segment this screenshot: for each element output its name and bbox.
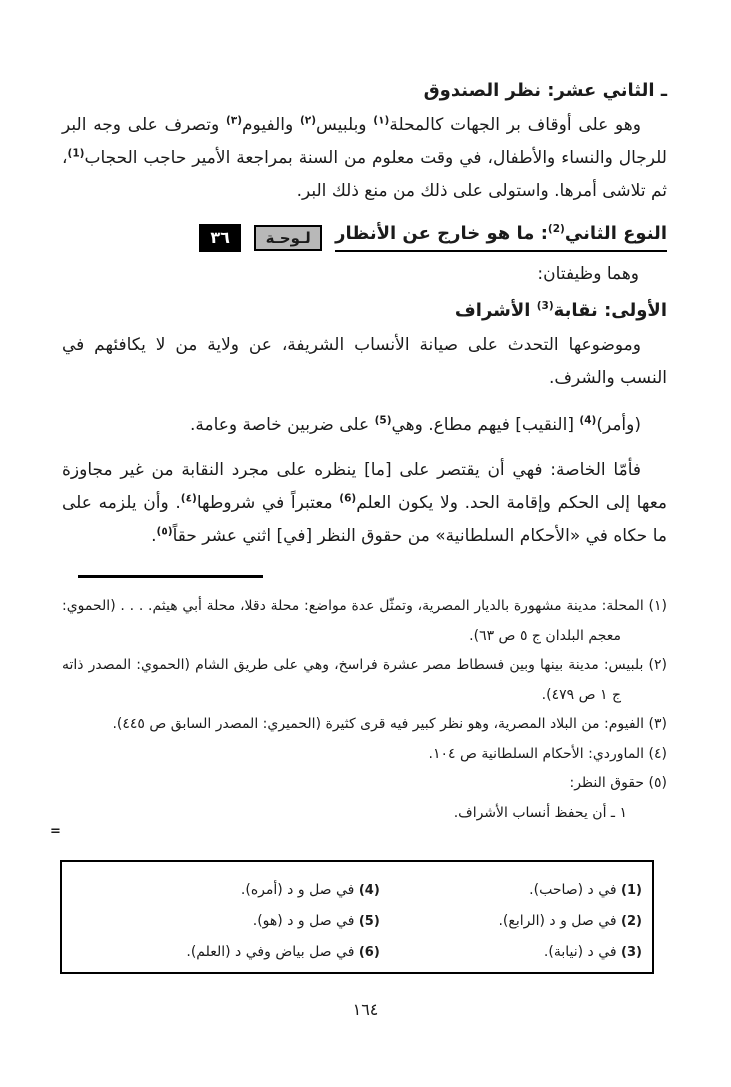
plate-number-box: ٣٦ bbox=[199, 224, 241, 252]
variant-text: في صل و د (هو). bbox=[253, 913, 355, 929]
variant-text: في د (صاحب). bbox=[529, 882, 616, 898]
footnote-subitem: ١ ـ أن يحفظ أنساب الأشراف. bbox=[62, 799, 667, 829]
type2-heading-row: النوع الثاني(2): ما هو خارج عن الأنظار ل… bbox=[62, 223, 667, 252]
variant-entry: (3) في د (نيابة). bbox=[380, 937, 642, 968]
plate-label-box: لـوحـة bbox=[254, 225, 322, 251]
variants-box: (1) في د (صاحب). (2) في صل و د (الرابع).… bbox=[60, 860, 654, 974]
variant-text: في صل و د (أمره). bbox=[241, 882, 354, 898]
variants-column-left: (4) في صل و د (أمره). (5) في صل و د (هو)… bbox=[72, 875, 380, 972]
footnote-text: بلبيس: مدينة بينها وبين فسطاط مصر عشرة ف… bbox=[62, 657, 643, 703]
page-number: ١٦٤ bbox=[0, 1000, 731, 1019]
body-paragraph-5: فأمّا الخاصة: فهي أن يقتصر على [ما] ينظر… bbox=[62, 454, 667, 553]
footnote-marker: (٤) bbox=[649, 746, 667, 762]
variant-text: في د (نيابة). bbox=[544, 944, 617, 960]
section-heading: ـ الثاني عشر: نظر الصندوق bbox=[62, 80, 667, 101]
variant-entry: (5) في صل و د (هو). bbox=[72, 906, 380, 937]
footnote: (٣) الفيوم: من البلاد المصرية، وهو نظر ك… bbox=[62, 710, 667, 740]
footnotes: (١) المحلة: مدينة مشهورة بالديار المصرية… bbox=[62, 592, 667, 828]
variant-marker: (4) bbox=[359, 883, 380, 898]
variant-marker: (2) bbox=[621, 914, 642, 929]
footnote-marker: (١) bbox=[649, 598, 667, 614]
variant-entry: (1) في د (صاحب). bbox=[380, 875, 642, 906]
footnote-text: الفيوم: من البلاد المصرية، وهو نظر كبير … bbox=[112, 716, 644, 732]
variant-entry: (4) في صل و د (أمره). bbox=[72, 875, 380, 906]
footnote-text: الماوردي: الأحكام السلطانية ص ١٠٤. bbox=[429, 746, 645, 762]
book-page: ـ الثاني عشر: نظر الصندوق وهو على أوقاف … bbox=[0, 0, 731, 1087]
first-duty-heading: الأولى: نقابة(3) الأشراف bbox=[62, 300, 667, 321]
body-paragraph-4: (وأمر)(4) [النقيب] فيهم مطاع. وهي(5) على… bbox=[62, 409, 667, 442]
body-paragraph-2: وهما وظيفتان: bbox=[62, 264, 667, 284]
footnote-marker: (٣) bbox=[649, 716, 667, 732]
footnote-text: حقوق النظر: bbox=[569, 775, 644, 791]
variant-entry: (6) في صل بياض وفي د (العلم). bbox=[72, 937, 380, 968]
variants-column-right: (1) في د (صاحب). (2) في صل و د (الرابع).… bbox=[380, 875, 642, 972]
body-paragraph-1: وهو على أوقاف بر الجهات كالمحلة(١) وبلبي… bbox=[62, 109, 667, 208]
continuation-mark: = bbox=[50, 824, 61, 839]
variant-entry: (2) في صل و د (الرابع). bbox=[380, 906, 642, 937]
footnote-marker: (٢) bbox=[649, 657, 667, 673]
footnote: (٢) بلبيس: مدينة بينها وبين فسطاط مصر عش… bbox=[62, 651, 667, 710]
variant-marker: (3) bbox=[621, 945, 642, 960]
page-content: ـ الثاني عشر: نظر الصندوق وهو على أوقاف … bbox=[62, 0, 667, 553]
type2-heading: النوع الثاني(2): ما هو خارج عن الأنظار bbox=[335, 223, 667, 252]
footnote-marker: (٥) bbox=[649, 775, 667, 791]
body-paragraph-3: وموضوعها التحدث على صيانة الأنساب الشريف… bbox=[62, 329, 667, 395]
footnote-separator bbox=[78, 575, 263, 578]
variant-text: في صل بياض وفي د (العلم). bbox=[186, 944, 354, 960]
footnote: (٥) حقوق النظر: bbox=[62, 769, 667, 799]
footnote-text: المحلة: مدينة مشهورة بالديار المصرية، وت… bbox=[62, 598, 644, 644]
variant-marker: (1) bbox=[621, 883, 642, 898]
variant-text: في صل و د (الرابع). bbox=[498, 913, 616, 929]
footnote: (١) المحلة: مدينة مشهورة بالديار المصرية… bbox=[62, 592, 667, 651]
variant-marker: (5) bbox=[359, 914, 380, 929]
variant-marker: (6) bbox=[359, 945, 380, 960]
footnote: (٤) الماوردي: الأحكام السلطانية ص ١٠٤. bbox=[62, 740, 667, 770]
